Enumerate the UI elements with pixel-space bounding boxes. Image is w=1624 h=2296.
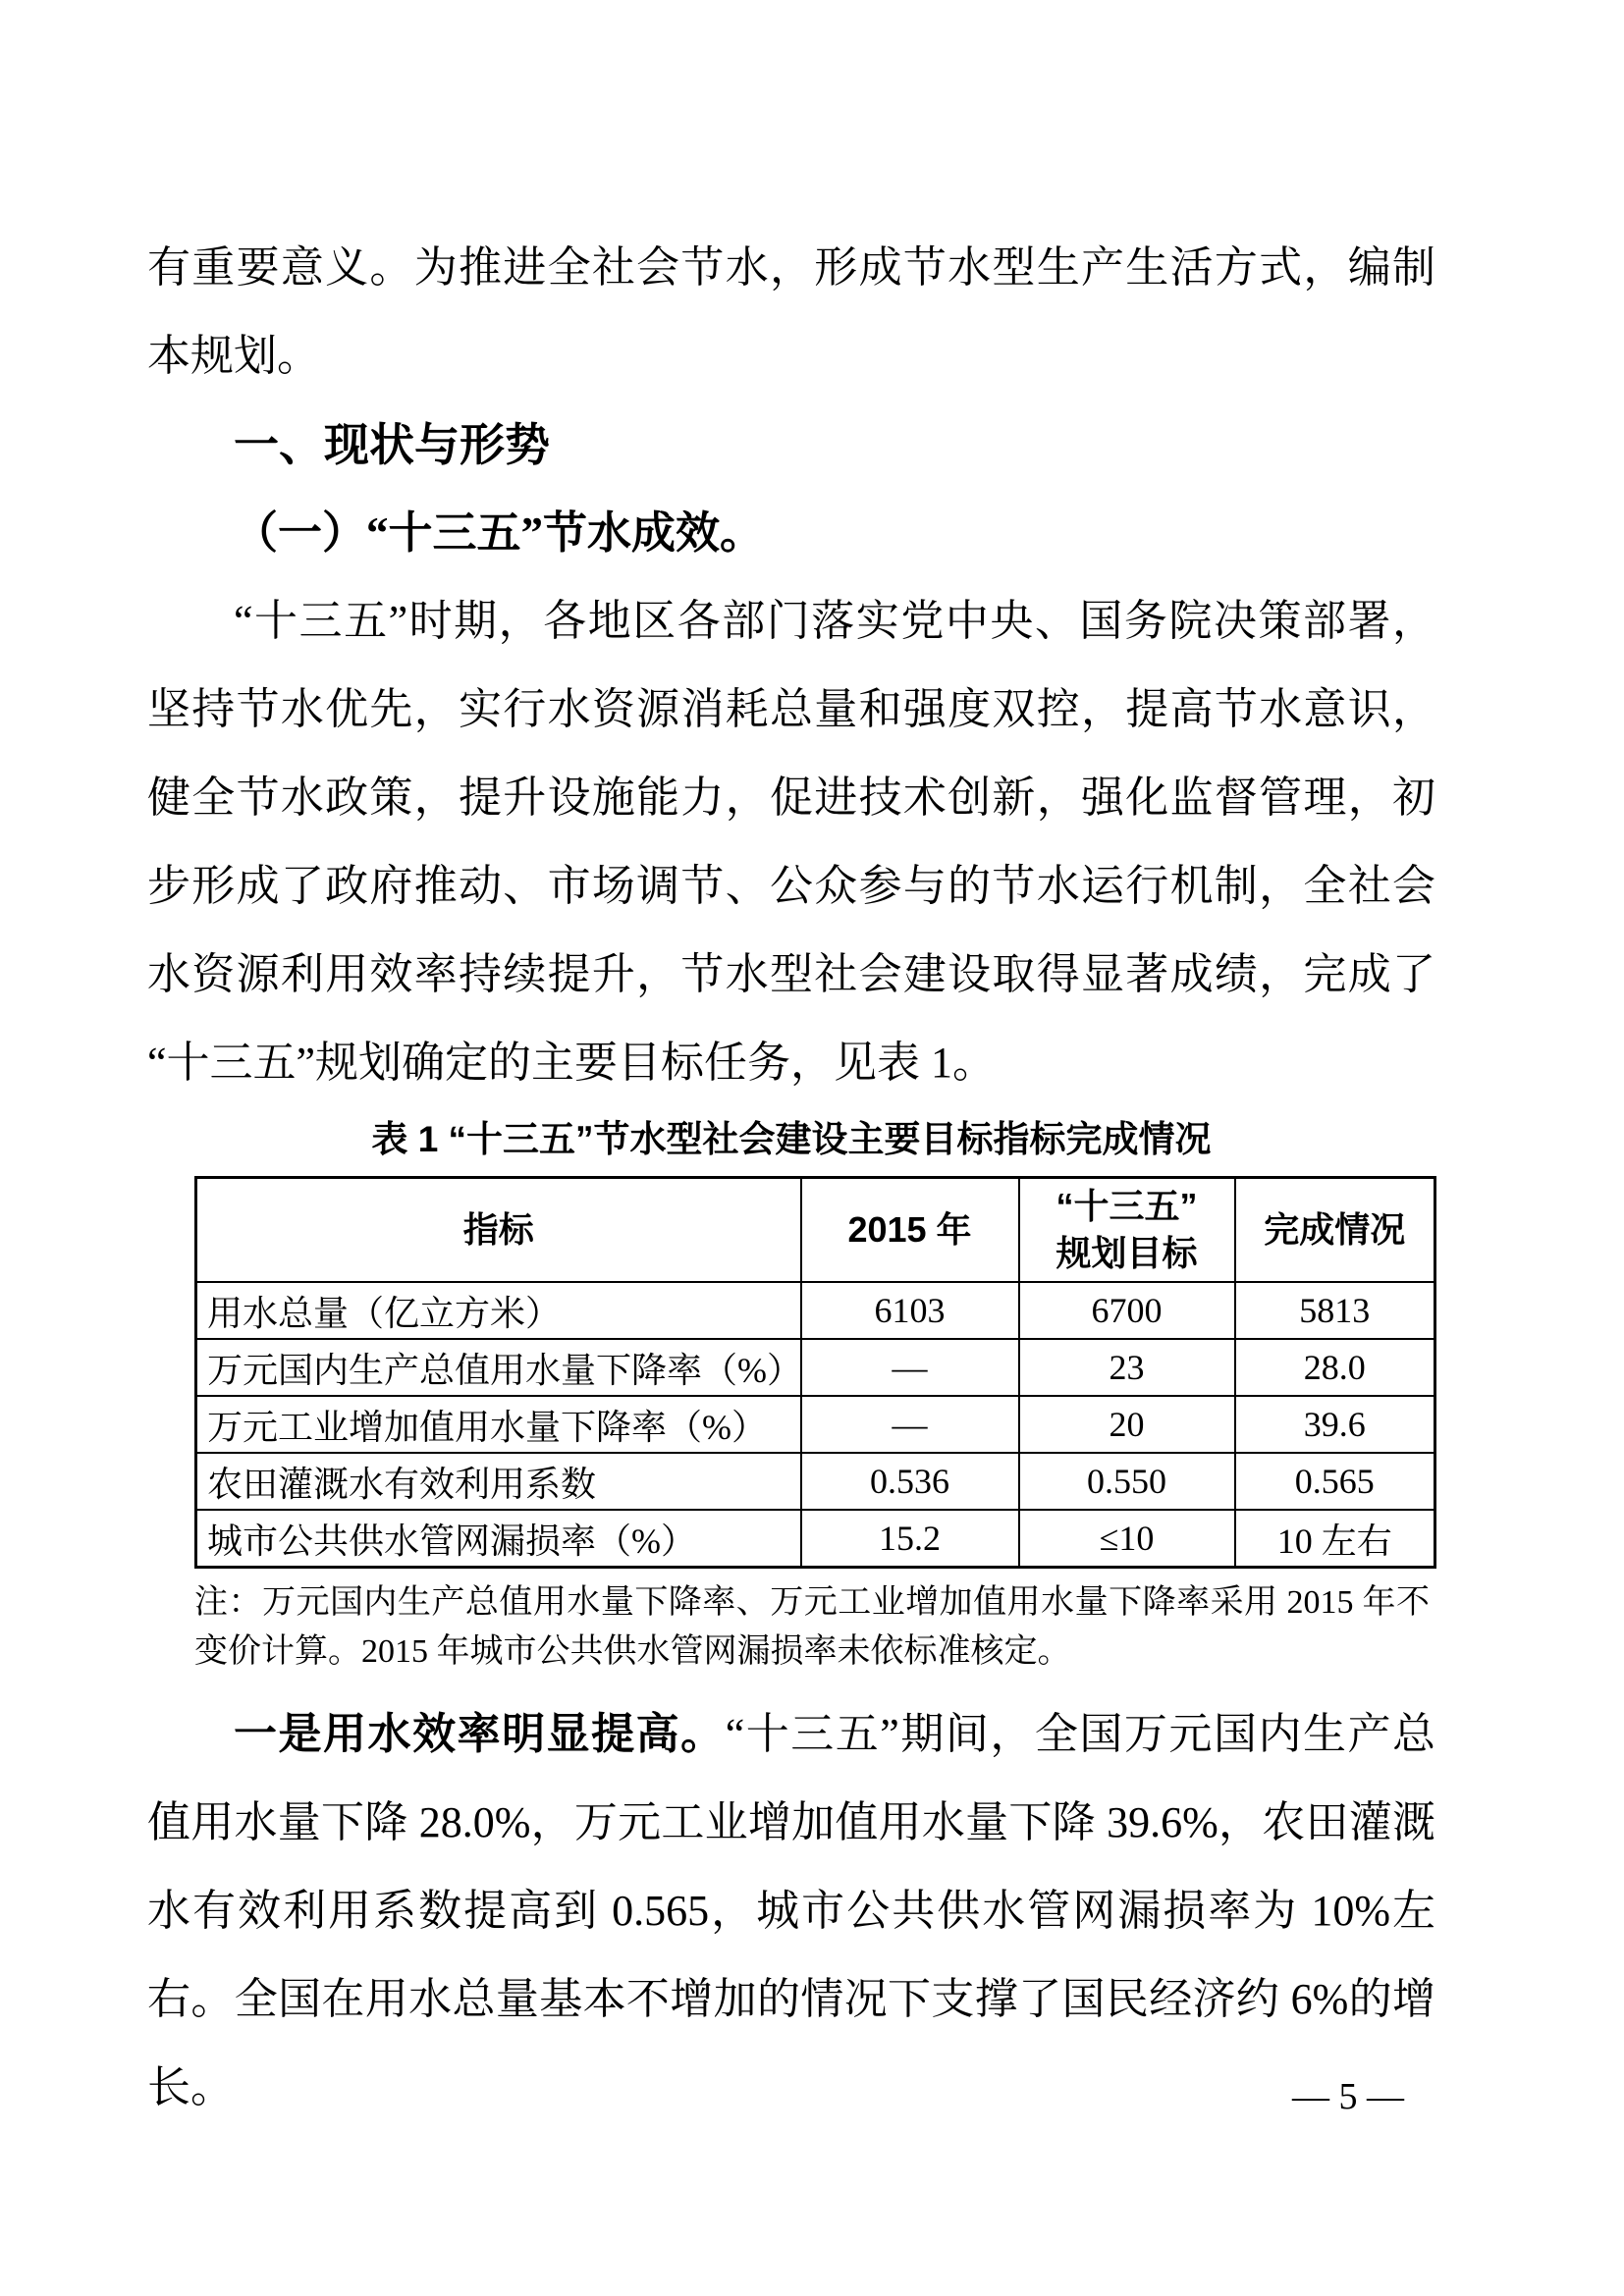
table-cell: 6103 [801, 1282, 1019, 1339]
table-cell: 28.0 [1235, 1339, 1435, 1396]
table-cell: 用水总量（亿立方米） [196, 1282, 801, 1339]
table-cell: 20 [1019, 1396, 1235, 1453]
table-cell: — [801, 1339, 1019, 1396]
table-cell: 10 左右 [1235, 1510, 1435, 1568]
page-content: 有重要意义。为推进全社会节水，形成节水型生产生活方式，编制本规划。 一、现状与形… [147, 224, 1435, 2132]
table-cell: 6700 [1019, 1282, 1235, 1339]
table-cell: 0.565 [1235, 1453, 1435, 1510]
table-header-row: 指标 2015 年 “十三五” 规划目标 完成情况 [196, 1178, 1435, 1283]
paragraph-bold-lead: 一是用水效率明显提高。 [234, 1710, 726, 1758]
table-cell: 万元工业增加值用水量下降率（%） [196, 1396, 801, 1453]
metrics-table: 指标 2015 年 “十三五” 规划目标 完成情况 用水总量（亿立方米） 610… [194, 1176, 1436, 1569]
page-number: — 5 — [1292, 2073, 1404, 2120]
table-cell: 万元国内生产总值用水量下降率（%） [196, 1339, 801, 1396]
table-cell: 23 [1019, 1339, 1235, 1396]
paragraph-water-efficiency: 一是用水效率明显提高。“十三五”期间，全国万元国内生产总值用水量下降 28.0%… [147, 1690, 1435, 2132]
table-row: 万元国内生产总值用水量下降率（%） — 23 28.0 [196, 1339, 1435, 1396]
table-cell: 5813 [1235, 1282, 1435, 1339]
table-header-plan-target: “十三五” 规划目标 [1019, 1178, 1235, 1283]
table-header-2015: 2015 年 [801, 1178, 1019, 1283]
table-cell: 0.550 [1019, 1453, 1235, 1510]
table-row: 城市公共供水管网漏损率（%） 15.2 ≤10 10 左右 [196, 1510, 1435, 1568]
table-cell: — [801, 1396, 1019, 1453]
intro-paragraph: 有重要意义。为推进全社会节水，形成节水型生产生活方式，编制本规划。 [147, 224, 1435, 400]
table-header-completion: 完成情况 [1235, 1178, 1435, 1283]
table-cell: 15.2 [801, 1510, 1019, 1568]
paragraph-thirteenth-five-achievements: “十三五”时期，各地区各部门落实党中央、国务院决策部署，坚持节水优先，实行水资源… [147, 577, 1435, 1107]
table-note: 注：万元国内生产总值用水量下降率、万元工业增加值用水量下降率采用 2015 年不… [194, 1578, 1430, 1677]
table-row: 农田灌溉水有效利用系数 0.536 0.550 0.565 [196, 1453, 1435, 1510]
document-page: 有重要意义。为推进全社会节水，形成节水型生产生活方式，编制本规划。 一、现状与形… [0, 0, 1624, 2296]
table-cell: 农田灌溉水有效利用系数 [196, 1453, 801, 1510]
table-row: 万元工业增加值用水量下降率（%） — 20 39.6 [196, 1396, 1435, 1453]
table-cell: ≤10 [1019, 1510, 1235, 1568]
table-cell: 城市公共供水管网漏损率（%） [196, 1510, 801, 1568]
table-header-indicator: 指标 [196, 1178, 801, 1283]
section-heading: 一、现状与形势 [147, 400, 1435, 489]
paragraph-body: “十三五”期间，全国万元国内生产总值用水量下降 28.0%，万元工业增加值用水量… [147, 1710, 1435, 2111]
table-cell: 0.536 [801, 1453, 1019, 1510]
section-subheading: （一）“十三五”节水成效。 [147, 489, 1435, 577]
table-cell: 39.6 [1235, 1396, 1435, 1453]
table-caption: 表 1 “十三五”节水型社会建设主要目标指标完成情况 [147, 1115, 1435, 1164]
table-row: 用水总量（亿立方米） 6103 6700 5813 [196, 1282, 1435, 1339]
